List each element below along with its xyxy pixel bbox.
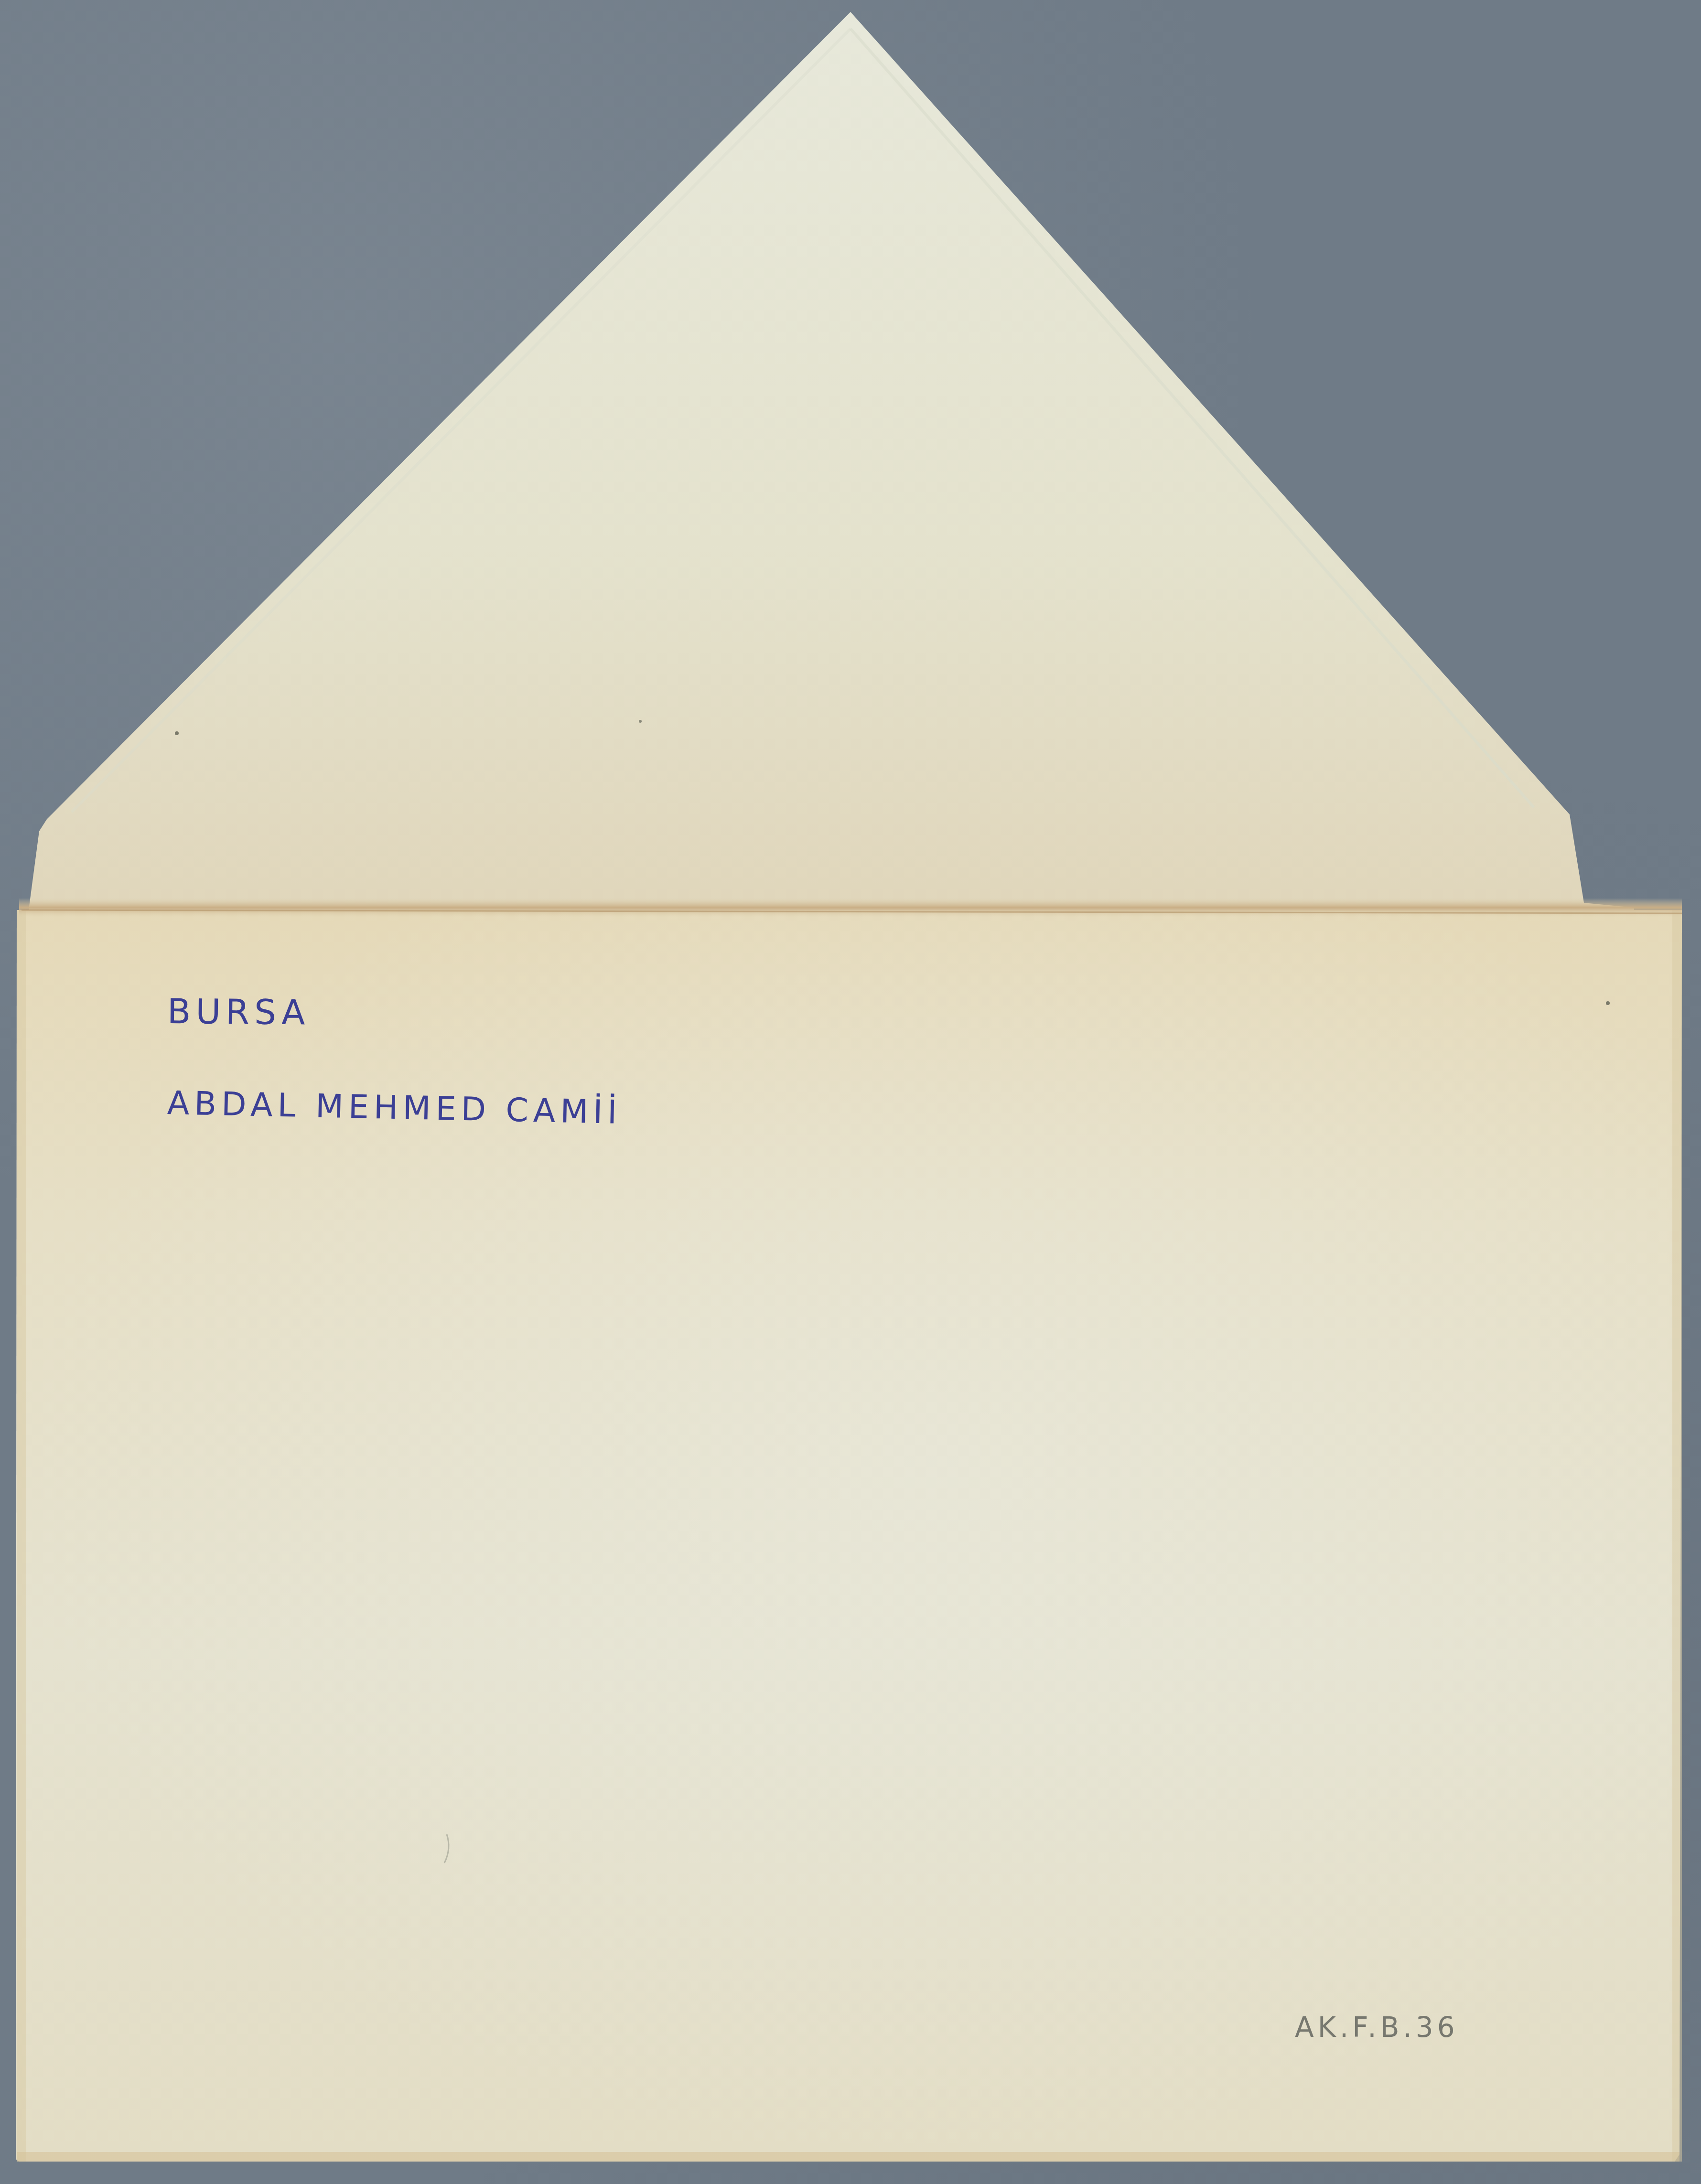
catalog-number: AK.F.B.36 (1295, 2011, 1459, 2044)
envelope-scan: BURSA ABDAL MEHMED CAMİİ AK.F.B.36 (0, 0, 1701, 2184)
handwritten-city: BURSA (167, 991, 310, 1033)
fold-line (19, 898, 1682, 917)
envelope-flap (29, 12, 1634, 910)
